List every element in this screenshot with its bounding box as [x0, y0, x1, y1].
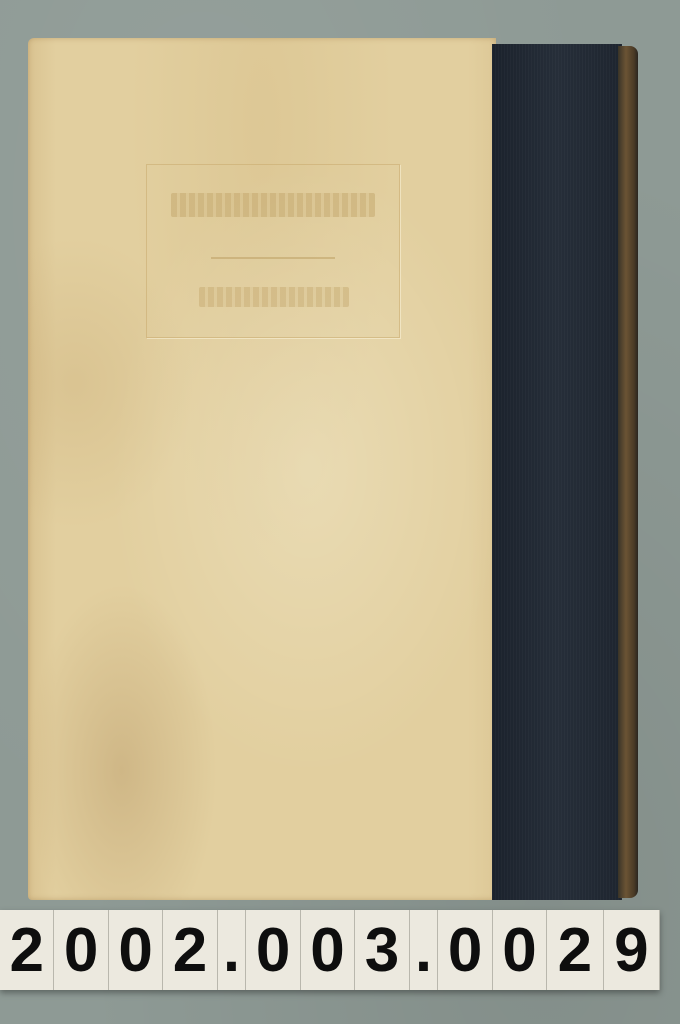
label-tile: 9: [604, 910, 660, 990]
embossed-author: [199, 287, 349, 307]
embossed-title: [171, 193, 375, 217]
catalog-number-label: 2 0 0 2 . 0 0 3 . 0 0 2 9: [0, 910, 660, 990]
book-cover: [28, 38, 496, 900]
label-tile: .: [218, 910, 247, 990]
book-spine: [492, 44, 622, 900]
label-tile: 3: [355, 910, 409, 990]
label-tile: 0: [493, 910, 547, 990]
label-tile: 2: [0, 910, 54, 990]
label-tile: 2: [163, 910, 217, 990]
label-tile: .: [410, 910, 439, 990]
label-tile: 0: [246, 910, 300, 990]
label-tile: 0: [54, 910, 108, 990]
label-tile: 0: [438, 910, 492, 990]
label-tile: 2: [547, 910, 603, 990]
label-tile: 0: [109, 910, 163, 990]
label-tile: 0: [301, 910, 355, 990]
embossed-rule: [211, 257, 335, 259]
embossed-title-box: [146, 164, 400, 338]
spine-edge: [618, 46, 638, 898]
book: [28, 38, 640, 900]
